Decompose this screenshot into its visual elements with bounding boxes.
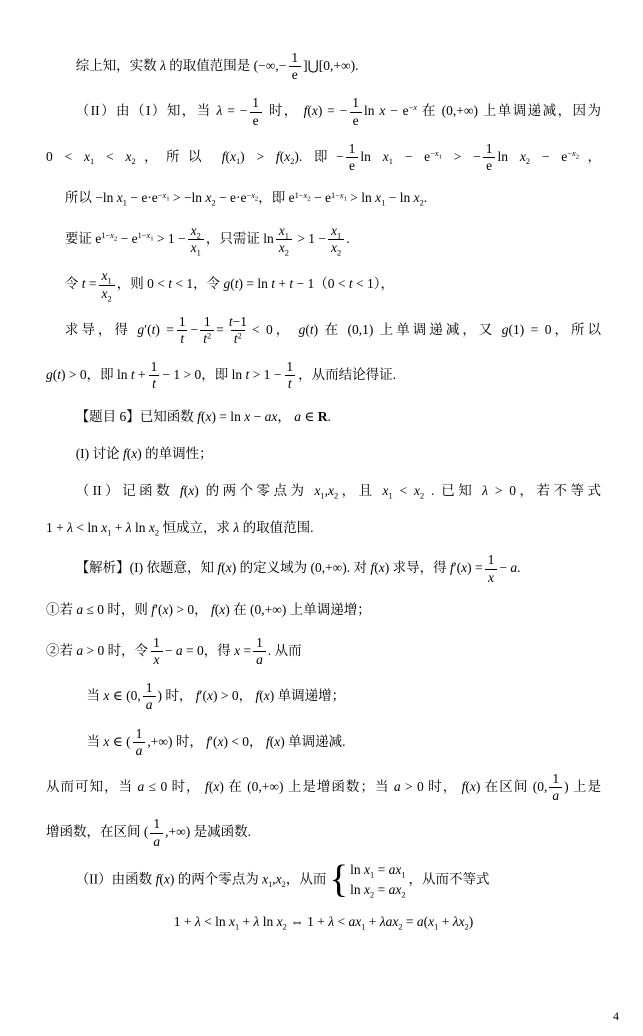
part2-intro: （II）由（I）知，当 λ = −1e 时， f(x) = −1eln x − … [46, 95, 601, 128]
problem6-part2-line1: （II）记函数 f(x) 的两个零点为 x1,x2，且 x1 < x2 . 已知… [46, 479, 601, 504]
problem6-statement: 【题目 6】已知函数 f(x) = ln x − ax， a ∈ R. [46, 405, 601, 430]
part2-substitution: 令 t =x1x2，则 0 < t < 1，令 g(t) = ln t + t … [46, 268, 601, 301]
solution6-part1-domain: 【解析】(I) 依题意，知 f(x) 的定义域为 (0,+∞). 对 f(x) … [46, 552, 601, 585]
solution6-summary-line1: 从而可知，当 a ≤ 0 时， f(x) 在 (0,+∞) 上是增函数；当 a … [46, 771, 601, 804]
part2-to-prove: 要证 e1−x2 − e1−x1 > 1 −x2x1，只需证 lnx1x2 > … [46, 223, 601, 256]
part2-conclusion: g(t) > 0，即 ln t +1t− 1 > 0，即 ln t > 1 −1… [46, 359, 601, 392]
solution6-final-equivalence: 1 + λ < ln x1 + λ ln x2 ⇔ 1 + λ < ax1 + … [46, 910, 601, 935]
problem6-part1: (I) 讨论 f(x) 的单调性； [46, 442, 601, 467]
problem6-part2-line2: 1 + λ < ln x1 + λ ln x2 恒成立，求 λ 的取值范围. [46, 516, 601, 541]
document-page: 综上知，实数 λ 的取值范围是 (−∞,−1e]⋃[0,+∞).（II）由（I）… [0, 0, 643, 1036]
solution6-case2: ②若 a > 0 时，令1x− a = 0，得 x =1a. 从而 [46, 635, 601, 668]
part2-inequality-1: 0 < x1 < x2，所以 f(x1) > f(x2). 即−1eln x1 … [46, 141, 601, 174]
solution6-case1: ①若 a ≤ 0 时，则 f′(x) > 0， f(x) 在 (0,+∞) 上单… [46, 598, 601, 623]
solution6-case2-increasing: 当 x ∈ (0,1a) 时， f′(x) > 0， f(x) 单调递增； [46, 680, 601, 713]
page-number: 4 [613, 1009, 619, 1024]
document-body: 综上知，实数 λ 的取值范围是 (−∞,−1e]⋃[0,+∞).（II）由（I）… [46, 50, 601, 935]
part2-derivative-g: 求导，得 g′(t) =1t−1t2=t−1t2< 0， g(t) 在 (0,1… [46, 314, 601, 347]
part2-inequality-2: 所以 −ln x1 − e·e−x1 > −ln x2 − e·e−x2，即 e… [46, 186, 601, 211]
solution6-case2-decreasing: 当 x ∈ (1a,+∞) 时， f′(x) < 0， f(x) 单调递减. [46, 726, 601, 759]
conclusion-lambda-range: 综上知，实数 λ 的取值范围是 (−∞,−1e]⋃[0,+∞). [46, 50, 601, 83]
solution6-part2-zeros: （II）由函数 f(x) 的两个零点为 x1,x2，从而{ln x1 = ax1… [46, 862, 601, 899]
solution6-summary-line2: 增函数，在区间 (1a,+∞) 是减函数. [46, 816, 601, 849]
